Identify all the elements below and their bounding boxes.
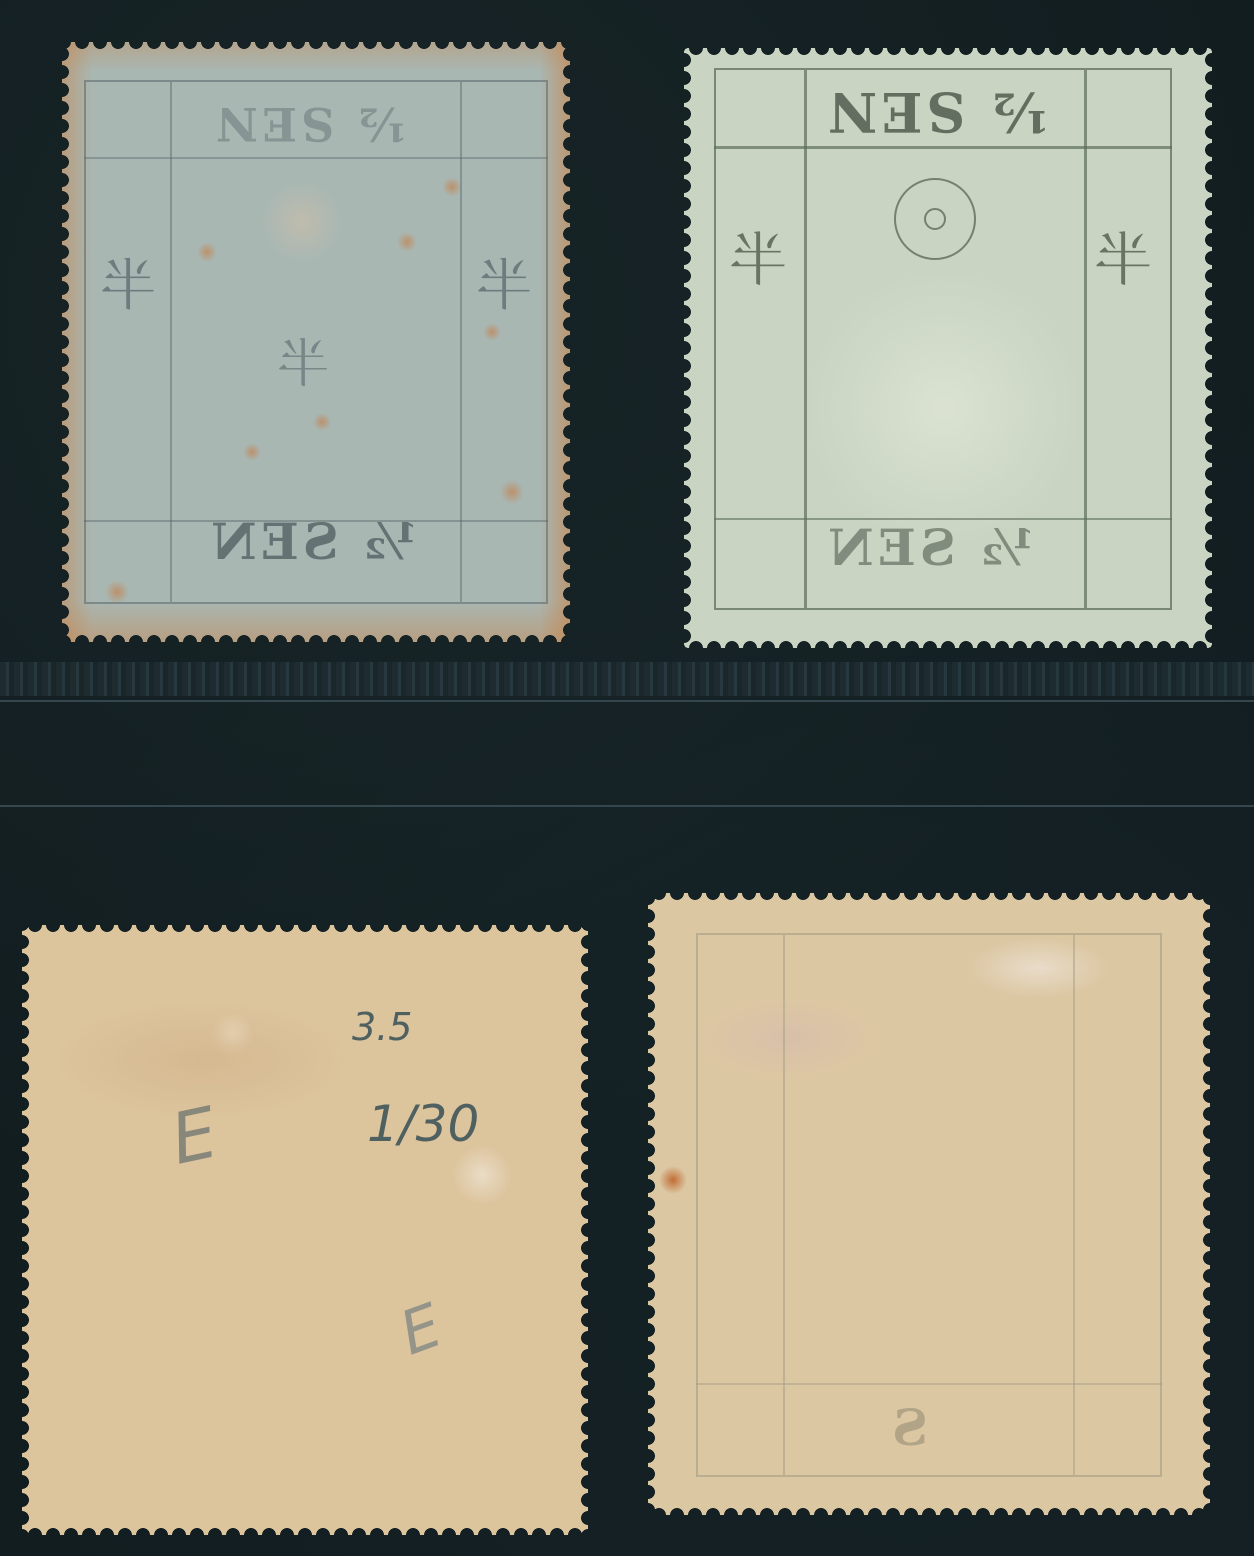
frame-divider <box>804 70 807 608</box>
stamp-paper <box>648 893 1210 1515</box>
stamp-paper <box>22 925 588 1535</box>
stock-page-strip-edge <box>0 700 1254 702</box>
stamp-back-bottom-left: 3.5 1/30 E E <box>22 925 588 1535</box>
chrysanthemum-center-icon <box>924 208 946 230</box>
denomination-show-through-top: ½ SEN <box>212 97 406 151</box>
stamp-back-top-left: ½ SEN ½ SEN 半 半 半 <box>62 42 570 642</box>
stock-page-strip-edge <box>0 805 1254 807</box>
denomination-show-through-bottom: ½ SEN <box>824 518 1033 577</box>
frame-divider <box>1084 70 1087 608</box>
stamp-back-bottom-right: S <box>648 893 1210 1515</box>
kanji-show-through-center: 半 <box>277 322 329 397</box>
frame-divider <box>170 82 172 602</box>
pencil-note-price: 3.5 <box>352 1005 412 1049</box>
kanji-show-through-right: 半 <box>1094 213 1152 297</box>
pencil-note-catalog: 1/30 <box>367 1095 479 1153</box>
frame-divider <box>1073 935 1075 1475</box>
kanji-show-through-right: 半 <box>476 242 532 322</box>
frame-divider <box>84 157 548 159</box>
denomination-show-through: ½ SEN <box>207 512 416 571</box>
frame-divider <box>460 82 462 602</box>
denomination-show-through-top: ½ SEN <box>824 80 1049 144</box>
kanji-show-through-left: 半 <box>100 242 156 322</box>
stock-page-strip <box>0 662 1254 696</box>
frame-divider <box>714 146 1172 149</box>
denomination-show-through: S <box>888 1398 928 1457</box>
kanji-show-through-left: 半 <box>729 213 787 297</box>
stamp-back-top-right: ½ SEN ½ SEN 半 半 <box>684 48 1212 648</box>
frame-divider <box>783 935 785 1475</box>
frame-divider <box>696 1383 1162 1385</box>
